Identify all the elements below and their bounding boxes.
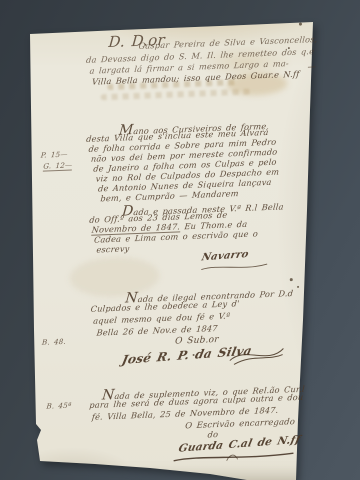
photo-of-manuscript: D. D.or Gaspar Pereira de Silva e Vascon… — [0, 0, 360, 480]
manuscript-ink-layer: D. D.or Gaspar Pereira de Silva e Vascon… — [30, 19, 337, 480]
manuscript-line: escrevy — [96, 243, 130, 254]
signature-flourish — [227, 342, 288, 366]
closing-role-line: do — [207, 429, 218, 439]
margin-note-b45: B. 45ª — [46, 401, 72, 411]
signature-flourish — [199, 261, 269, 274]
margin-note-fee-1: P. 15— — [40, 150, 68, 160]
stray-dash-mark: — — [307, 61, 316, 71]
closing-role-line: O Escrivão encarregado — [185, 416, 296, 430]
margin-note-fee-2: G. 12— — [43, 160, 73, 171]
paper-speck — [299, 23, 302, 26]
bleed-through-stain — [101, 89, 251, 101]
margin-note-b48: B. 48. — [42, 337, 67, 347]
subscriber-title: O Sub.or — [175, 335, 219, 347]
paper-speck — [290, 278, 293, 281]
paper-speck — [297, 286, 299, 288]
